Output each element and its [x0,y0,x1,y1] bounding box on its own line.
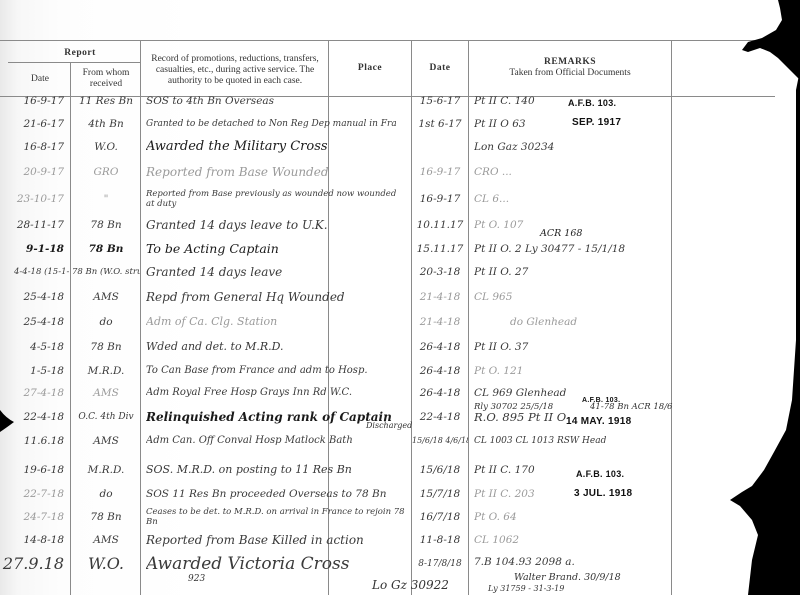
record-sheet: Report Date From whom received Record of… [0,0,800,595]
torn-edge [0,0,800,595]
